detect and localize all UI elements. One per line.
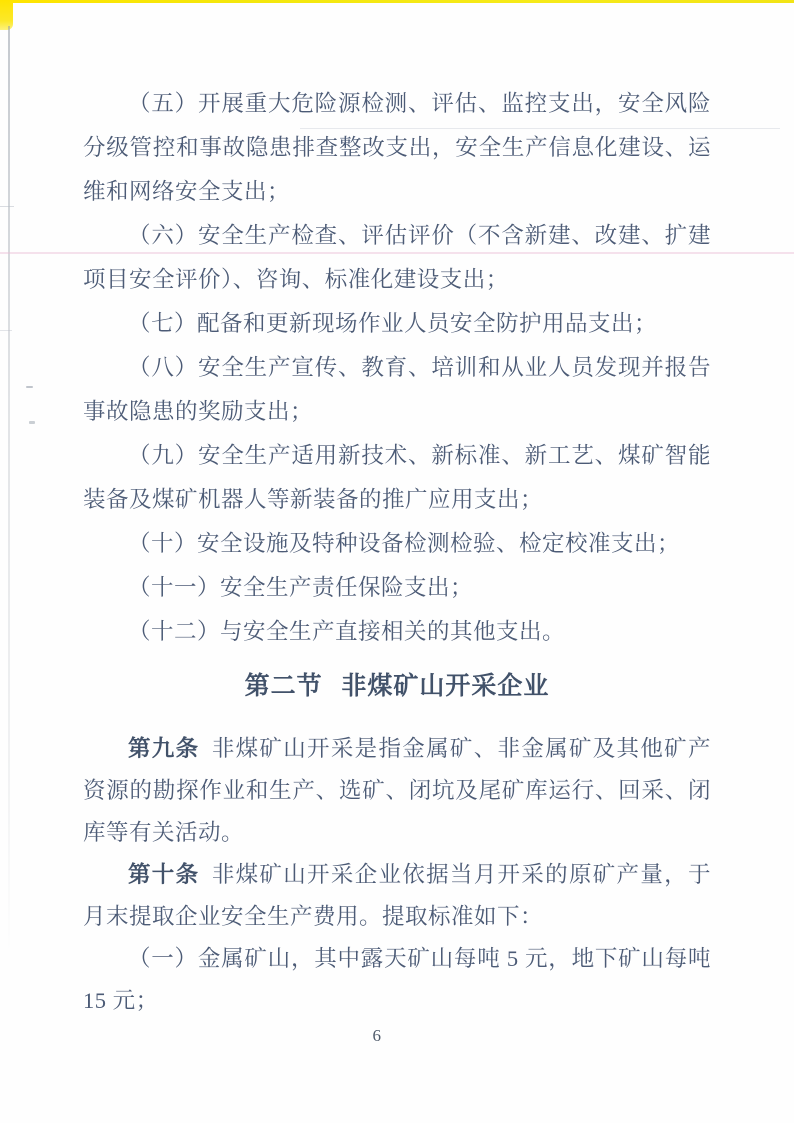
clause-paragraph-7: （七）配备和更新现场作业人员安全防护用品支出； — [83, 302, 711, 346]
article-10-paragraph: 第十条非煤矿山开采企业依据当月开采的原矿产量，于月末提取企业安全生产费用。提取标… — [83, 854, 711, 938]
clause-paragraph-11: （十一）安全生产责任保险支出； — [83, 566, 711, 610]
clause-paragraph-5: （五）开展重大危险源检测、评估、监控支出，安全风险分级管控和事故隐患排查整改支出… — [83, 82, 711, 214]
section-title: 非煤矿山开采企业 — [341, 673, 549, 700]
article-10-number: 第十条 — [128, 862, 199, 887]
scan-artifact-tick-1 — [0, 206, 14, 207]
scan-artifact-tick-2 — [0, 330, 12, 331]
clause-paragraph-10: （十）安全设施及特种设备检测检验、检定校准支出； — [83, 522, 711, 566]
scan-corner-yellow-mark — [0, 0, 13, 30]
scan-left-edge-line — [8, 26, 10, 956]
document-body: （五）开展重大危险源检测、评估、监控支出，安全风险分级管控和事故隐患排查整改支出… — [83, 82, 711, 1022]
scan-edge-top-yellow-strip — [0, 0, 794, 3]
article-9-number: 第九条 — [128, 736, 199, 761]
clause-paragraph-6: （六）安全生产检查、评估评价（不含新建、改建、扩建项目安全评价）、咨询、标准化建… — [83, 214, 711, 302]
scanned-document-page: （五）开展重大危险源检测、评估、监控支出，安全风险分级管控和事故隐患排查整改支出… — [0, 0, 794, 1123]
article-9-paragraph: 第九条非煤矿山开采是指金属矿、非金属矿及其他矿产资源的勘探作业和生产、选矿、闭坑… — [83, 728, 711, 854]
clause-paragraph-9: （九）安全生产适用新技术、新标准、新工艺、煤矿智能装备及煤矿机器人等新装备的推广… — [83, 434, 711, 522]
clause-paragraph-8: （八）安全生产宣传、教育、培训和从业人员发现并报告事故隐患的奖励支出； — [83, 346, 711, 434]
section-heading: 第二节非煤矿山开采企业 — [83, 666, 711, 708]
scan-artifact-speck-1 — [26, 386, 33, 388]
page-number: 6 — [0, 1026, 774, 1046]
scan-artifact-speck-2 — [29, 421, 35, 424]
section-number: 第二节 — [245, 673, 323, 700]
clause-paragraph-12: （十二）与安全生产直接相关的其他支出。 — [83, 610, 711, 654]
item-paragraph-1: （一）金属矿山，其中露天矿山每吨 5 元，地下矿山每吨 15 元； — [83, 938, 711, 1022]
